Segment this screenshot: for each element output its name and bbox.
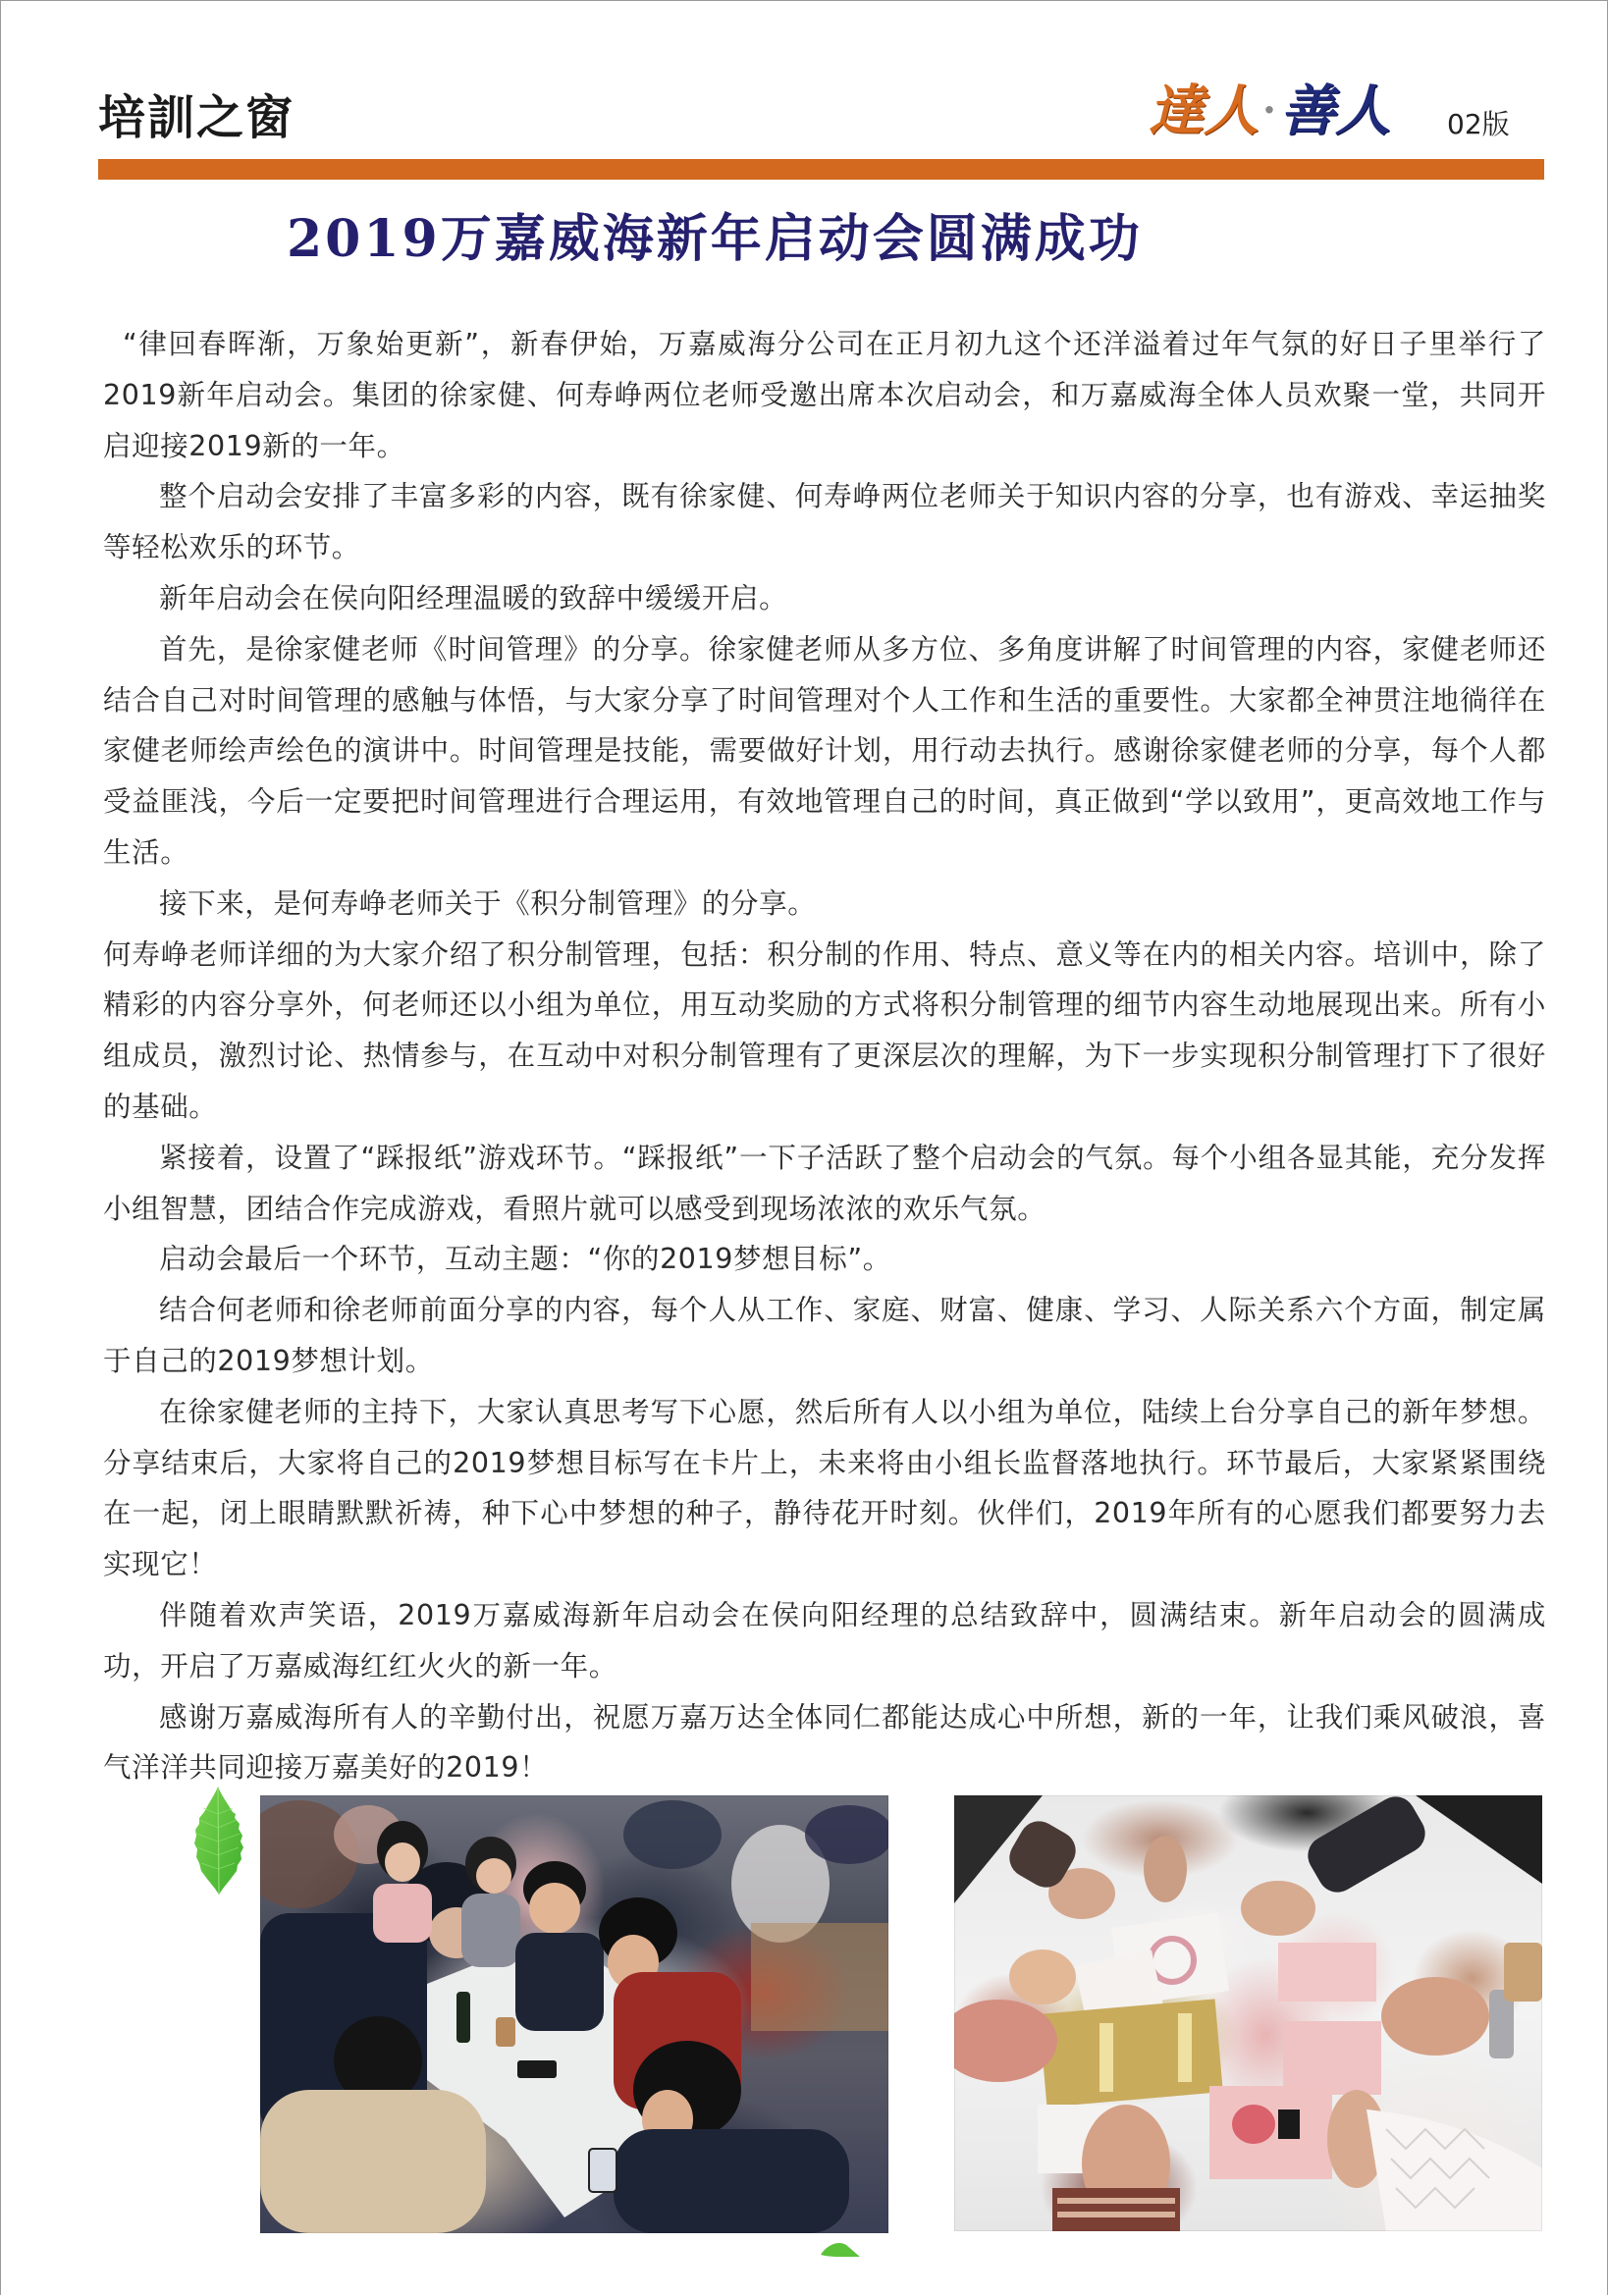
paragraph: “律回春晖渐，万象始更新”，新春伊始，万嘉威海分公司在正月初九这个还洋溢着过年气…: [103, 319, 1546, 471]
header-divider-bar: [98, 159, 1544, 180]
article-body: “律回春晖渐，万象始更新”，新春伊始，万嘉威海分公司在正月初九这个还洋溢着过年气…: [103, 319, 1546, 1793]
paragraph: 启动会最后一个环节，互动主题：“你的2019梦想目标”。: [103, 1234, 1546, 1285]
article-title: 2019万嘉威海新年启动会圆满成功: [287, 214, 1143, 265]
paragraph: 整个启动会安排了丰富多彩的内容，既有徐家健、何寿峥两位老师关于知识内容的分享，也…: [103, 471, 1546, 573]
paragraph: 新年启动会在侯向阳经理温暖的致辞中缓缓开启。: [103, 573, 1546, 624]
paragraph: 何寿峥老师详细的为大家介绍了积分制管理，包括：积分制的作用、特点、意义等在内的相…: [103, 930, 1546, 1133]
edition-label: 02版: [1447, 111, 1510, 138]
paragraph: 紧接着，设置了“踩报纸”游戏环节。“踩报纸”一下子活跃了整个启动会的气氛。每个小…: [103, 1133, 1546, 1235]
brand-separator: ·: [1262, 91, 1276, 131]
paragraph: 伴随着欢声笑语，2019万嘉威海新年启动会在侯向阳经理的总结致辞中，圆满结束。新…: [103, 1590, 1546, 1692]
paragraph: 结合何老师和徐老师前面分享的内容，每个人从工作、家庭、财富、健康、学习、人际关系…: [103, 1285, 1546, 1387]
leaf-icon: [191, 1785, 246, 1896]
paragraph: 感谢万嘉威海所有人的辛勤付出，祝愿万嘉万达全体同仁都能达成心中所想，新的一年，让…: [103, 1692, 1546, 1794]
leaf-icon: [821, 2241, 860, 2259]
photo-frame: [260, 1795, 888, 2233]
brand-logo: 達人 · 善人: [1149, 77, 1390, 145]
photo-group-discussion: [260, 1795, 888, 2233]
brand-part-2: 善人: [1280, 83, 1390, 138]
paragraph: 在徐家健老师的主持下，大家认真思考写下心愿，然后所有人以小组为单位，陆续上台分享…: [103, 1387, 1546, 1590]
brand-part-1: 達人: [1149, 83, 1259, 138]
paragraph: 首先，是徐家健老师《时间管理》的分享。徐家健老师从多方位、多角度讲解了时间管理的…: [103, 624, 1546, 879]
photo-wish-cards: [954, 1795, 1542, 2231]
section-title: 培訓之窗: [98, 94, 295, 141]
paragraph: 接下来，是何寿峥老师关于《积分制管理》的分享。: [103, 879, 1546, 930]
photo-frame: [954, 1795, 1542, 2231]
